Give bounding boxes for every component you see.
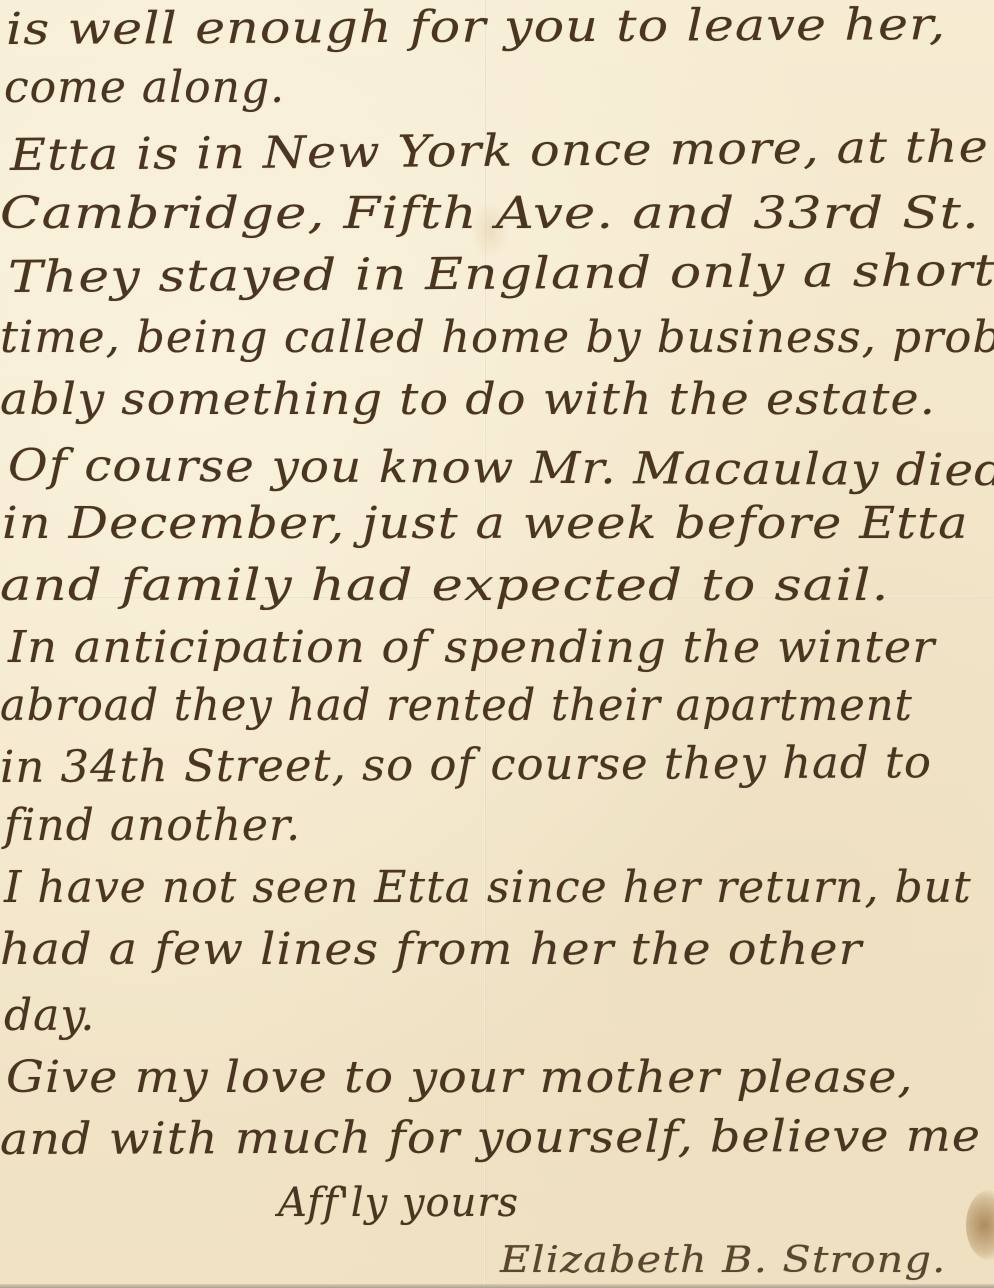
page-bottom-edge	[0, 1284, 994, 1288]
letter-line-19: and with much for yourself, believe me	[0, 1111, 981, 1165]
letter-signature: Elizabeth B. Strong.	[500, 1240, 946, 1281]
letter-line-1: is well enough for you to leave her,	[6, 0, 946, 55]
letter-line-8: Of course you know Mr. Macaulay died	[8, 440, 994, 496]
letter-line-18: Give my love to your mother please,	[6, 1052, 914, 1103]
letter-line-11: In anticipation of spending the winter	[8, 622, 935, 673]
letter-line-3: Etta is in New York once more, at the	[10, 121, 989, 181]
letter-line-13: in 34th Street, so of course they had to	[0, 737, 932, 793]
letter-line-15: I have not seen Etta since her return, b…	[4, 862, 972, 913]
letter-line-12: abroad they had rented their apartment	[0, 680, 913, 731]
letter-line-10: and family had expected to sail.	[0, 560, 890, 611]
letter-page: is well enough for you to leave her, com…	[0, 0, 994, 1288]
paper-stain-right-edge	[966, 1190, 994, 1260]
letter-line-16: had a few lines from her the other	[0, 924, 862, 975]
letter-closing: Aff'ly yours	[278, 1180, 519, 1226]
letter-line-17: day.	[4, 990, 95, 1041]
letter-line-6: time, being called home by business, pro…	[0, 312, 994, 363]
letter-line-4: Cambridge, Fifth Ave. and 33rd St.	[0, 188, 980, 239]
letter-line-2: come along.	[4, 62, 285, 113]
letter-line-14: find another.	[4, 800, 301, 851]
letter-line-9: in December, just a week before Etta	[2, 498, 969, 549]
letter-line-7: ably something to do with the estate.	[0, 374, 936, 425]
letter-line-5: They stayed in England only a short	[8, 245, 994, 303]
